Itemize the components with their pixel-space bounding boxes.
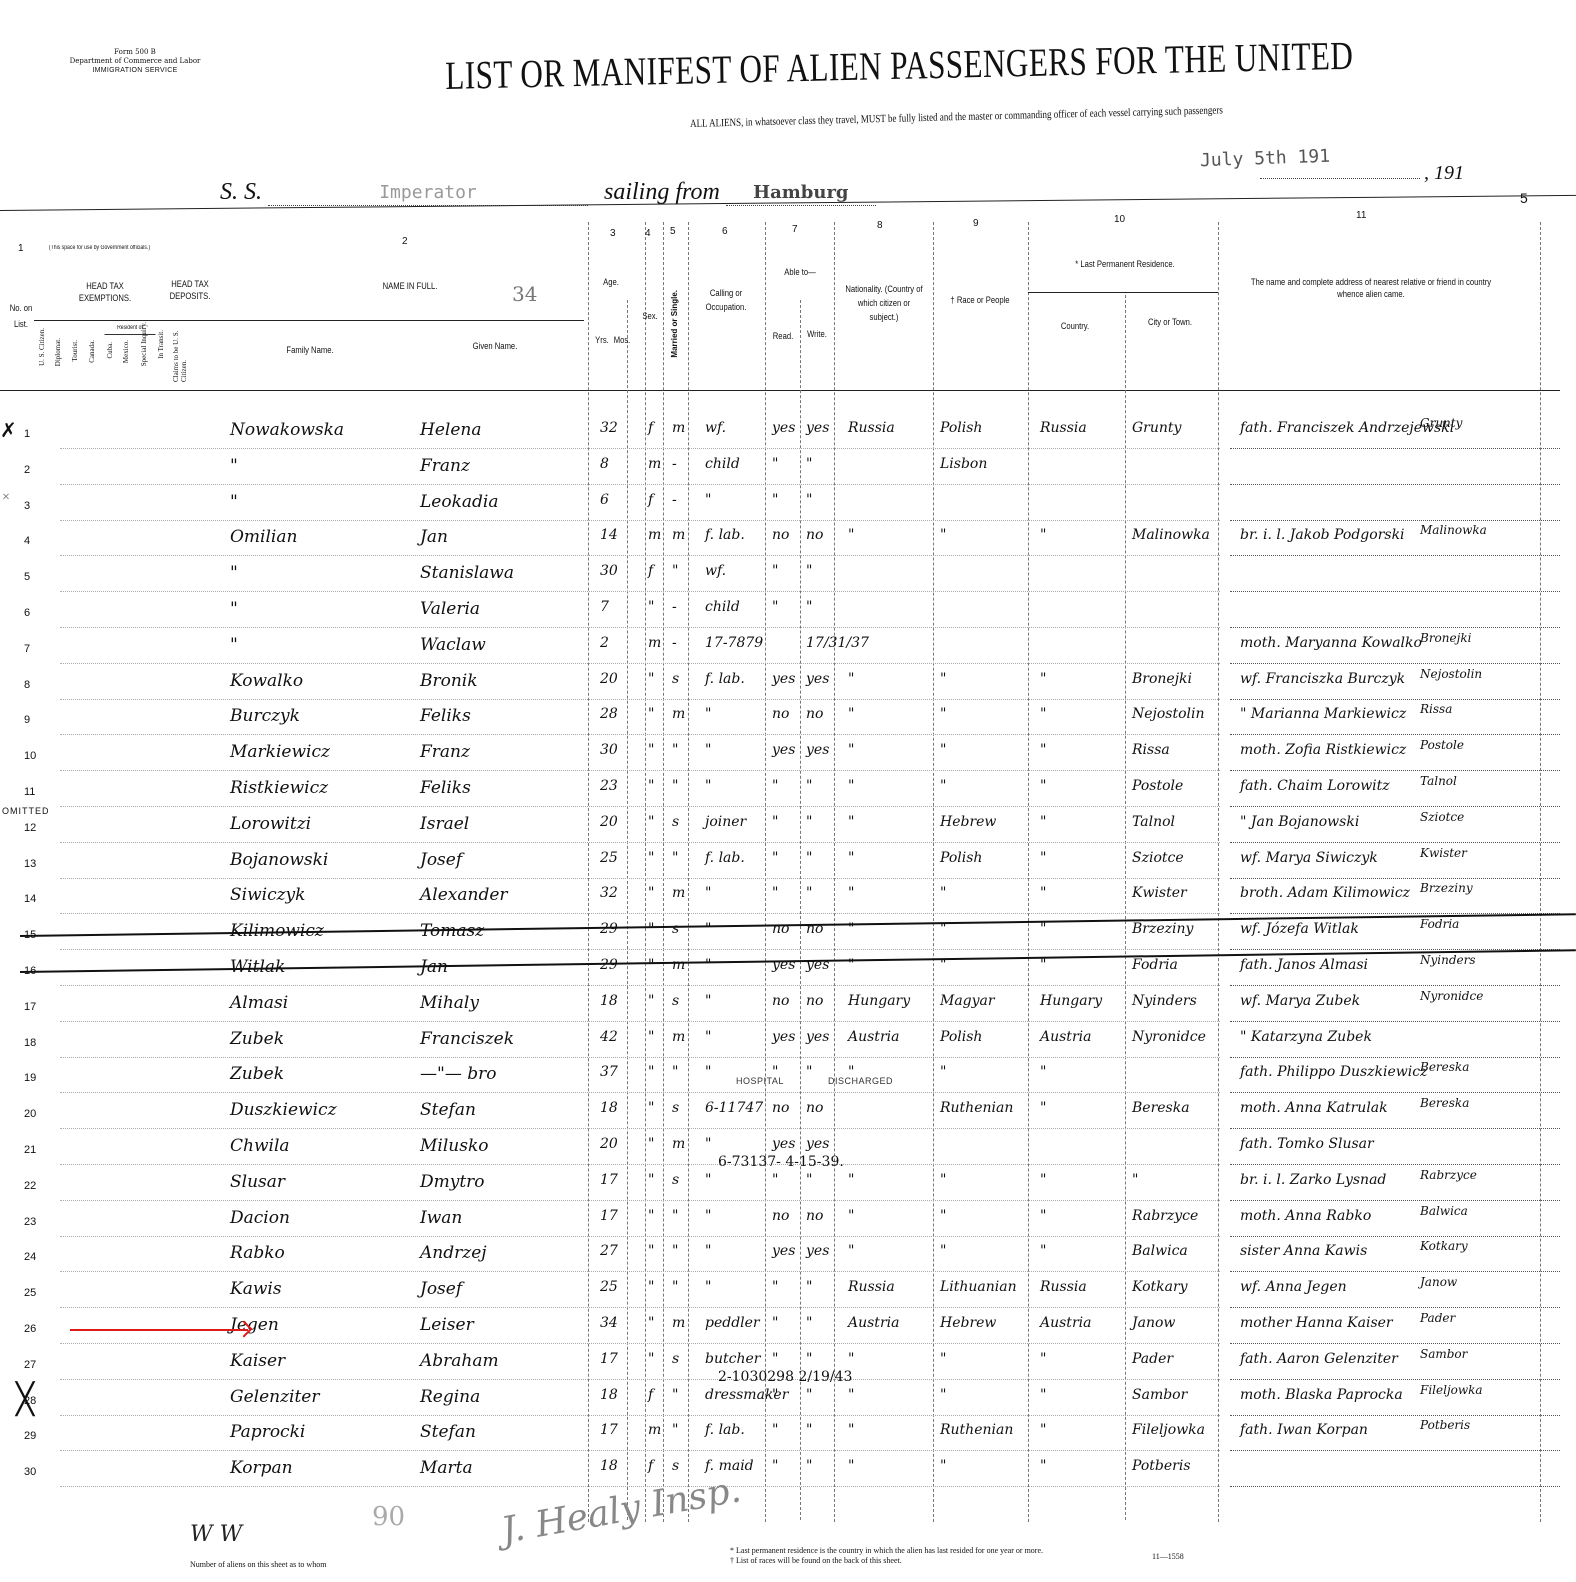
cell-nat: Russia [848, 1279, 895, 1295]
cell-family: " [230, 635, 238, 655]
col-divider [1218, 222, 1219, 1522]
cell-given: Mihaly [420, 993, 479, 1013]
cell-country: Russia [1040, 1279, 1087, 1295]
cell-family: Lorowitzi [230, 814, 311, 834]
cell-city: Potberis [1132, 1458, 1191, 1474]
cell-family: Nowakowska [230, 420, 344, 440]
cell-race: " [940, 1387, 946, 1403]
vert-header-mexico: Mexico. [122, 340, 130, 363]
cell-country: Austria [1040, 1029, 1091, 1045]
cell-family: Gelenziter [230, 1387, 320, 1407]
cell-city: Balwica [1132, 1243, 1188, 1259]
form-identifier: Form 500 B Department of Commerce and La… [50, 48, 220, 75]
cell-read: yes [772, 1029, 795, 1045]
sex-header: Sex. [642, 310, 659, 322]
page-title: LIST OR MANIFEST OF ALIEN PASSENGERS FOR… [445, 32, 1354, 99]
cell-write: yes [806, 420, 829, 436]
row-rule [60, 1057, 1220, 1058]
vert-header-us-citizen: U. S. Citizen. [38, 328, 46, 366]
cell-occ: child [705, 599, 740, 615]
cell-nat: " [848, 1172, 854, 1188]
cell-ms: s [672, 1351, 679, 1367]
cell-relative: moth. Zofia Ristkiewicz [1240, 742, 1406, 758]
cell-country: " [1040, 885, 1046, 901]
cell-relative2: Rabrzyce [1420, 1168, 1477, 1182]
cell-race: " [940, 706, 946, 722]
col-divider [933, 222, 934, 1522]
cell-age: 17 [600, 1208, 618, 1224]
subheader-rule [34, 320, 584, 321]
cell-country: " [1040, 706, 1046, 722]
row-number: 20 [24, 1108, 54, 1120]
cell-country: Russia [1040, 420, 1087, 436]
form-number: Form 500 B [50, 48, 220, 57]
occupation-header: Calling or Occupation. [700, 286, 753, 314]
cell-ms: " [672, 1208, 678, 1224]
cell-race: Polish [940, 420, 982, 436]
cell-city: Bronejki [1132, 671, 1192, 687]
department-name: Department of Commerce and Labor [50, 57, 220, 66]
cell-given: Andrzej [420, 1243, 487, 1263]
cell-relative: mother Hanna Kaiser [1240, 1315, 1393, 1331]
cell-relative: fath. Janos Almasi [1240, 957, 1368, 973]
row-number: 10 [24, 750, 54, 762]
cell-write: no [806, 1100, 823, 1116]
cell-nat: Austria [848, 1315, 899, 1331]
cell-relative2: Nejostolin [1420, 667, 1482, 681]
cell-race: Ruthenian [940, 1100, 1013, 1116]
cell-given: Helena [420, 420, 481, 440]
relative-rule [1230, 1307, 1560, 1308]
relative-rule [1230, 627, 1560, 628]
vert-header-claims-citizen: Claims to be U. S. Citizen. [172, 322, 192, 382]
cell-ms: s [672, 921, 679, 937]
cell-age: 17 [600, 1172, 618, 1188]
cell-ms: s [672, 1100, 679, 1116]
cell-race: " [940, 671, 946, 687]
cross-mark-icon: ✗ [0, 418, 17, 443]
col-divider [588, 222, 589, 1522]
cell-read: " [772, 850, 778, 866]
cell-ms: - [672, 456, 677, 472]
row-number: 5 [24, 571, 54, 583]
residence-rule [1028, 292, 1218, 293]
row-rule [60, 878, 1220, 879]
cell-relative: moth. Maryanna Kowalko [1240, 635, 1422, 651]
cell-country: " [1040, 778, 1046, 794]
cell-given: Leiser [420, 1315, 474, 1335]
cell-sex: " [648, 1351, 654, 1367]
cell-ms: " [672, 1243, 678, 1259]
cell-write: " [806, 850, 812, 866]
row-rule [60, 1021, 1220, 1022]
cell-nat: Hungary [848, 993, 910, 1009]
cell-city: Rissa [1132, 742, 1170, 758]
cell-sex: " [648, 706, 654, 722]
cell-city: Pader [1132, 1351, 1173, 1367]
cell-age: 20 [600, 1136, 618, 1152]
cell-city: Bereska [1132, 1100, 1190, 1116]
cell-sex: " [648, 921, 654, 937]
cell-family: Slusar [230, 1172, 285, 1192]
cell-relative2: Potberis [1420, 1418, 1470, 1432]
cell-read: no [772, 993, 789, 1009]
cell-sex: " [648, 1064, 654, 1080]
corner-number: 5 [1520, 190, 1528, 206]
cell-write: yes [806, 671, 829, 687]
cell-city: Fileljowka [1132, 1422, 1205, 1438]
cell-city: Kotkary [1132, 1279, 1188, 1295]
head-tax-exemptions-header: HEAD TAX EXEMPTIONS. [67, 280, 144, 304]
cell-nat: " [848, 885, 854, 901]
cell-occ: " [705, 885, 711, 901]
cell-sex: " [648, 1208, 654, 1224]
row-number: 25 [24, 1287, 54, 1299]
cell-read: " [772, 1315, 778, 1331]
row-rule [60, 1236, 1220, 1237]
cell-write: " [806, 1458, 812, 1474]
cell-family: Rabko [230, 1243, 285, 1263]
cell-write: no [806, 527, 823, 543]
cell-occ: " [705, 1208, 711, 1224]
cell-age: 42 [600, 1029, 618, 1045]
cell-country: " [1040, 1172, 1046, 1188]
cell-age: 25 [600, 1279, 618, 1295]
cell-ms: s [672, 993, 679, 1009]
city-header: City or Town. [1136, 316, 1204, 328]
cell-write: " [806, 563, 812, 579]
cell-age: 20 [600, 814, 618, 830]
cell-read: " [772, 1351, 778, 1367]
cell-nat: " [848, 1387, 854, 1403]
relative-rule [1230, 448, 1560, 449]
cell-race: Lithuanian [940, 1279, 1017, 1295]
cell-read: " [772, 563, 778, 579]
cell-race: Hebrew [940, 1315, 996, 1331]
cell-country: " [1040, 1064, 1046, 1080]
cell-age: 30 [600, 742, 618, 758]
vert-header-in-transit: In Transit. [157, 330, 165, 359]
cell-relative2: Balwica [1420, 1204, 1468, 1218]
cell-race: Polish [940, 850, 982, 866]
row-number: 23 [24, 1216, 54, 1228]
cell-relative2: Kwister [1420, 846, 1467, 860]
cell-read: " [772, 1279, 778, 1295]
cell-sex: m [648, 456, 661, 472]
row-rule [60, 985, 1220, 986]
cell-family: Kowalko [230, 671, 303, 691]
cell-write: " [806, 1172, 812, 1188]
cell-relative2: Bereska [1420, 1096, 1469, 1110]
cell-family: " [230, 456, 238, 476]
col-divider [1125, 295, 1126, 1520]
cell-occ: " [705, 706, 711, 722]
cell-sex: f [648, 1387, 653, 1403]
cell-ms: " [672, 1387, 678, 1403]
vert-header-tourist: Tourist. [71, 340, 79, 361]
cell-family: Duszkiewicz [230, 1100, 337, 1120]
cell-country: " [1040, 671, 1046, 687]
cell-nat: " [848, 814, 854, 830]
cell-race: " [940, 1208, 946, 1224]
inspector-signature: J. Healy Insp. [498, 1469, 744, 1551]
cell-relative2: Nyronidce [1420, 989, 1483, 1003]
cell-age: 18 [600, 1100, 618, 1116]
cell-occ: 6-11747 [705, 1100, 763, 1116]
cell-race: Ruthenian [940, 1422, 1013, 1438]
cell-write: " [806, 814, 812, 830]
cell-race: Lisbon [940, 456, 987, 472]
cell-race: " [940, 1243, 946, 1259]
cell-occ: wf. [705, 563, 726, 579]
cell-ms: " [672, 1064, 678, 1080]
cell-relative: wf. Franciszka Burczyk [1240, 671, 1405, 687]
col-number-9: 9 [973, 218, 979, 229]
footer-note-residence: * Last permanent residence is the countr… [730, 1546, 1043, 1555]
cell-sex: f [648, 1458, 653, 1474]
cell-occ: " [705, 1172, 711, 1188]
cell-family: Markiewicz [230, 742, 330, 762]
col-number-7: 7 [792, 224, 798, 235]
cell-occ: f. lab. [705, 850, 745, 866]
row-number: 6 [24, 607, 54, 619]
row-rule [60, 1343, 1220, 1344]
cell-relative: wf. Marya Zubek [1240, 993, 1360, 1009]
cell-relative2: Sambor [1420, 1347, 1467, 1361]
row-rule [60, 627, 1220, 628]
relative-header: The name and complete address of nearest… [1248, 276, 1495, 300]
cell-read: " [772, 1422, 778, 1438]
cell-family: Zubek [230, 1029, 284, 1049]
row-number: 2 [24, 464, 54, 476]
cell-given: Franz [420, 742, 470, 762]
cell-city: Brzeziny [1132, 921, 1193, 937]
relative-rule [1230, 878, 1560, 879]
read-header: Read. [769, 330, 798, 342]
col-number-2: 2 [402, 236, 408, 247]
cell-family: Kawis [230, 1279, 282, 1299]
col-number-4: 4 [645, 228, 651, 239]
cell-family: Omilian [230, 527, 297, 547]
cell-city: " [1132, 1172, 1138, 1188]
cell-age: 27 [600, 1243, 618, 1259]
cell-read: no [772, 1208, 789, 1224]
row-number: 18 [24, 1037, 54, 1049]
cell-relative2: Kotkary [1420, 1239, 1468, 1253]
row-number: 7 [24, 643, 54, 655]
cell-given: Regina [420, 1387, 480, 1407]
last-residence-header: * Last Permanent Residence. [1053, 258, 1198, 270]
cell-sex: " [648, 778, 654, 794]
cell-occ: 17-7879 [705, 635, 763, 651]
cell-occ: " [705, 993, 711, 1009]
cell-given: Milusko [420, 1136, 489, 1156]
relative-rule [1230, 1092, 1560, 1093]
cell-race: " [940, 742, 946, 758]
cell-sex: f [648, 492, 653, 508]
cell-relative2: Talnol [1420, 774, 1457, 788]
cell-city: Nyronidce [1132, 1029, 1206, 1045]
cell-age: 29 [600, 921, 618, 937]
row-rule [60, 1128, 1220, 1129]
row-number: 30 [24, 1466, 54, 1478]
cell-occ: " [705, 1136, 711, 1152]
ship-name: Imperator [379, 182, 477, 203]
row-number: 13 [24, 858, 54, 870]
cell-nat: Russia [848, 420, 895, 436]
cell-occ: " [705, 1243, 711, 1259]
cell-age: 23 [600, 778, 618, 794]
cell-relative2: Pader [1420, 1311, 1455, 1325]
cell-age: 32 [600, 420, 618, 436]
cell-age: 17 [600, 1422, 618, 1438]
row-number: 19 [24, 1072, 54, 1084]
col-divider [1540, 222, 1541, 1522]
cell-age: 28 [600, 706, 618, 722]
cell-family: Burczyk [230, 706, 300, 726]
footer-initials: W W [190, 1522, 242, 1547]
col-number-5: 5 [670, 226, 676, 237]
cell-country: Austria [1040, 1315, 1091, 1331]
row-number: 3 [24, 500, 54, 512]
col-number-1: 1 [18, 243, 24, 254]
cell-occ: " [705, 742, 711, 758]
cell-ms: m [672, 527, 685, 543]
row-rule [60, 520, 1220, 521]
cell-relative2: Malinowka [1420, 523, 1487, 537]
cell-sex: m [648, 527, 661, 543]
cell-ms: m [672, 706, 685, 722]
cell-race: " [940, 885, 946, 901]
cell-given: Feliks [420, 706, 471, 726]
cell-city: Nyinders [1132, 993, 1197, 1009]
ss-label: S. S. [220, 179, 262, 205]
cell-sex: " [648, 1279, 654, 1295]
cell-country: " [1040, 957, 1046, 973]
col-divider [765, 222, 766, 1522]
col-number-10: 10 [1114, 214, 1125, 225]
cell-write: no [806, 1208, 823, 1224]
cell-write: " [806, 1422, 812, 1438]
cell-ms: " [672, 742, 678, 758]
cell-family: Korpan [230, 1458, 293, 1478]
cell-family: Siwiczyk [230, 885, 305, 905]
cell-age: 18 [600, 1387, 618, 1403]
footer-note-left: Number of aliens on this sheet as to who… [190, 1560, 326, 1569]
cell-country: " [1040, 742, 1046, 758]
cell-ms: " [672, 1422, 678, 1438]
sheet-mark: 34 [512, 282, 537, 306]
cell-sex: " [648, 1029, 654, 1045]
cell-sex: m [648, 635, 661, 651]
cell-read: yes [772, 420, 795, 436]
row-rule [60, 1271, 1220, 1272]
relative-rule [1230, 1415, 1560, 1416]
cell-relative2: Rissa [1420, 702, 1452, 716]
cell-nat: " [848, 778, 854, 794]
cell-read: no [772, 706, 789, 722]
row-number: 29 [24, 1430, 54, 1442]
cell-city: Janow [1132, 1315, 1175, 1331]
col-divider [1028, 222, 1029, 1522]
cell-relative: fath. Aaron Gelenziter [1240, 1351, 1398, 1367]
relative-rule [1230, 663, 1560, 664]
cell-age: 17 [600, 1351, 618, 1367]
cell-relative: wf. Marya Siwiczyk [1240, 850, 1378, 866]
head-tax-deposits-header: HEAD TAX DEPOSITS. [156, 278, 224, 302]
cell-read: " [772, 492, 778, 508]
cell-sex: " [648, 1100, 654, 1116]
cell-city: Sambor [1132, 1387, 1187, 1403]
cell-occ: f. lab. [705, 671, 745, 687]
cell-age: 37 [600, 1064, 618, 1080]
cell-given: —"— bro [420, 1064, 496, 1084]
row-rule [60, 949, 1220, 950]
row-rule [60, 484, 1220, 485]
given-name-header: Given Name. [461, 340, 529, 352]
cell-country: " [1040, 527, 1046, 543]
cell-given: Franz [420, 456, 470, 476]
cell-relative: fath. Tomko Slusar [1240, 1136, 1374, 1152]
cell-write: " [806, 456, 812, 472]
cell-age: 18 [600, 993, 618, 1009]
cell-race: " [940, 1172, 946, 1188]
cell-nat: " [848, 527, 854, 543]
cell-note: 6-73137- 4-15-39. [718, 1154, 844, 1170]
cell-relative2: Janow [1420, 1275, 1457, 1289]
cell-sex: f [648, 420, 653, 436]
name-in-full-header: NAME IN FULL. [359, 280, 461, 292]
no-on-list-header: No. on List. [8, 300, 34, 332]
cell-race: Polish [940, 1029, 982, 1045]
mos-header: Mos. [614, 334, 631, 346]
row-rule [60, 699, 1220, 700]
cell-write: " [806, 1315, 812, 1331]
cell-family: " [230, 563, 238, 583]
cell-country: " [1040, 1351, 1046, 1367]
cell-ms: " [672, 563, 678, 579]
cell-write: " [806, 885, 812, 901]
year-field: , 191 [1260, 162, 1464, 185]
row-number: 11 [24, 786, 54, 798]
cell-relative2: Bronejki [1420, 631, 1471, 645]
cell-relative2: Bereska [1420, 1060, 1469, 1074]
cell-relative2: Brzeziny [1420, 881, 1473, 895]
cell-ms: - [672, 635, 677, 651]
cell-age: 29 [600, 957, 618, 973]
cell-read: " [772, 599, 778, 615]
cell-read: " [772, 456, 778, 472]
cell-relative2: Fileljowka [1420, 1383, 1483, 1397]
footer-count: 90 [372, 1502, 405, 1532]
omitted-stamp: OMITTED [2, 806, 50, 816]
cell-race: Magyar [940, 993, 995, 1009]
cell-country: " [1040, 1208, 1046, 1224]
cell-race: " [940, 1458, 946, 1474]
cell-ms: m [672, 420, 685, 436]
row-number: 24 [24, 1251, 54, 1263]
cell-age: 2 [600, 635, 609, 651]
cell-relative2: Nyinders [1420, 953, 1476, 967]
row-rule [60, 663, 1220, 664]
col-divider [663, 222, 664, 1522]
family-name-header: Family Name. [276, 344, 344, 356]
cell-city: Fodria [1132, 957, 1178, 973]
cell-nat: " [848, 706, 854, 722]
cell-nat: " [848, 1422, 854, 1438]
cell-nat: " [848, 742, 854, 758]
relative-rule [1230, 1164, 1560, 1165]
